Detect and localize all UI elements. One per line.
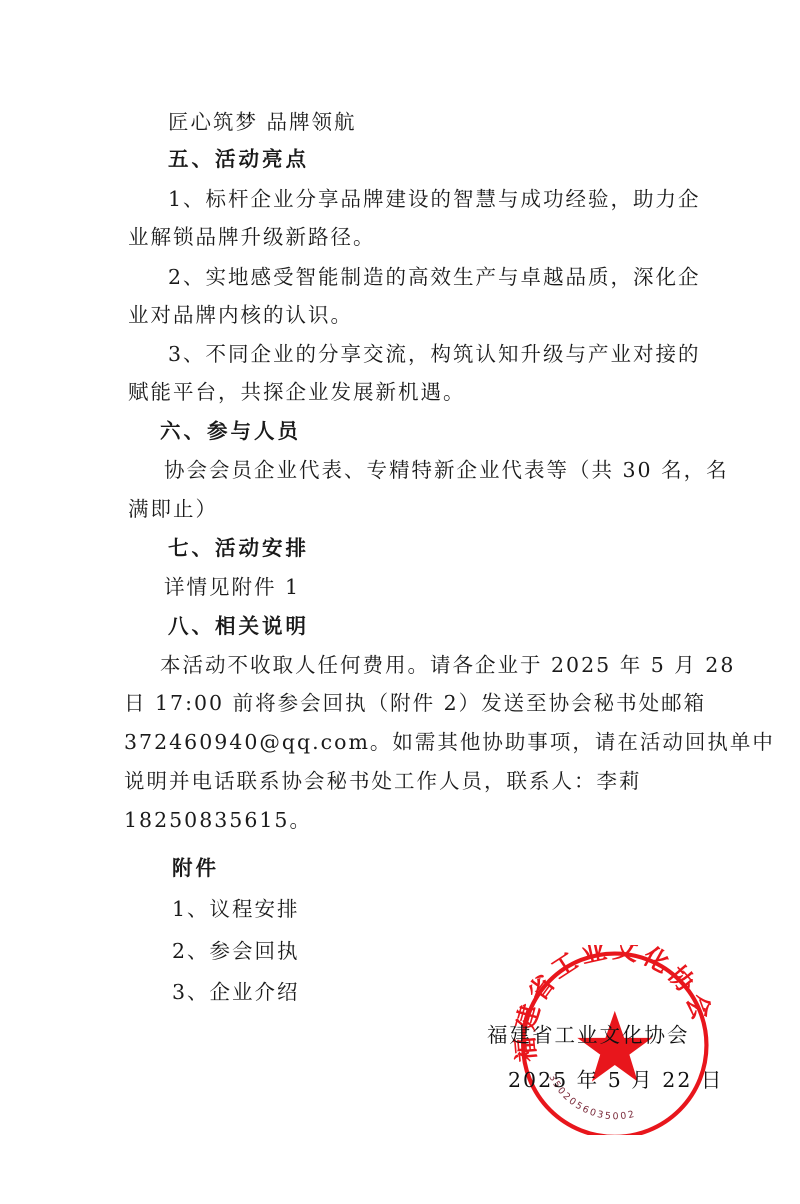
paragraph-line: 满即止） (128, 497, 218, 521)
paragraph-line: 协会会员企业代表、专精特新企业代表等（共 30 名，名 (164, 458, 729, 482)
attachment-item: 3、企业介绍 (172, 980, 300, 1004)
paragraph-line: 本活动不收取人任何费用。请各企业于 2025 年 5 月 28 (160, 653, 735, 677)
attachment-item: 1、议程安排 (172, 897, 300, 921)
section-heading-schedule: 七、活动安排 (168, 536, 309, 560)
slogan: 匠心筑梦 品牌领航 (168, 110, 357, 134)
section-heading-participants: 六、参与人员 (160, 419, 301, 443)
paragraph-line: 2、实地感受智能制造的高效生产与卓越品质，深化企 (168, 265, 701, 289)
paragraph-line: 说明并电话联系协会秘书处工作人员，联系人：李莉 (124, 769, 642, 793)
attachments-heading: 附件 (172, 856, 219, 880)
paragraph-line: 日 17:00 前将参会回执（附件 2）发送至协会秘书处邮箱 (124, 691, 706, 715)
email-line: 372460940@qq.com。如需其他协助事项，请在活动回执单中 (124, 730, 775, 754)
paragraph-line: 业解锁品牌升级新路径。 (128, 225, 376, 249)
paragraph-line: 业对品牌内核的认识。 (128, 303, 353, 327)
signature-organization: 福建省工业文化协会 (487, 1018, 690, 1048)
paragraph-line: 赋能平台，共探企业发展新机遇。 (128, 380, 466, 404)
attachment-item: 2、参会回执 (172, 939, 300, 963)
paragraph-line: 详情见附件 1 (164, 575, 300, 599)
paragraph-line: 3、不同企业的分享交流，构筑认知升级与产业对接的 (168, 342, 701, 366)
section-heading-highlights: 五、活动亮点 (168, 147, 309, 171)
paragraph-line: 1、标杆企业分享品牌建设的智慧与成功经验，助力企 (168, 187, 701, 211)
section-heading-notes: 八、相关说明 (168, 614, 309, 638)
phone-line: 18250835615。 (124, 808, 312, 832)
signature-date: 2025 年 5 月 22 日 (508, 1063, 723, 1093)
